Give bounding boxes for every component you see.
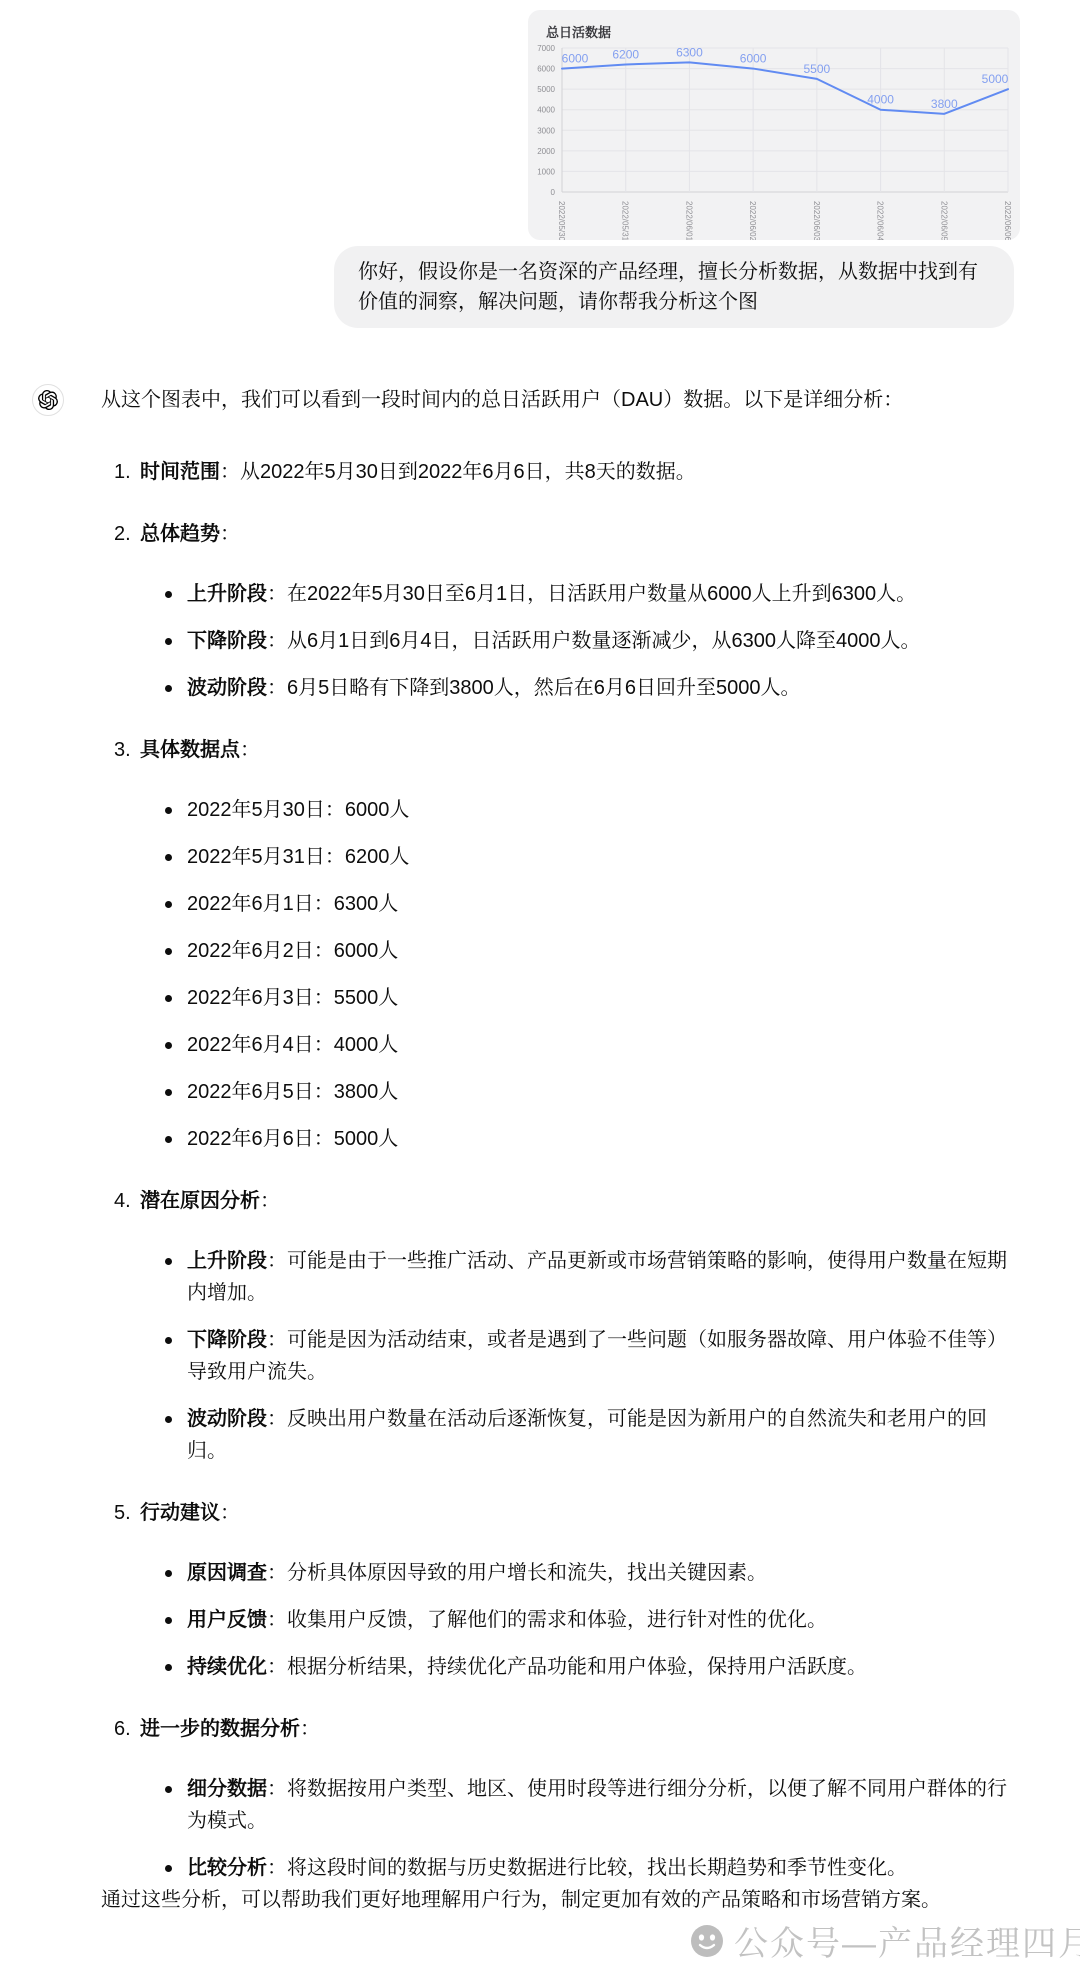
assistant-message: 从这个图表中，我们可以看到一段时间内的总日活跃用户（DAU）数据。以下是详细分析… (32, 384, 1022, 1916)
section-number: 6. (114, 1713, 140, 1745)
svg-text:1000: 1000 (537, 167, 555, 176)
chart-title: 总日活数据 (546, 22, 1012, 40)
bullet-label: 波动阶段 (187, 677, 267, 699)
section-label: 行动建议 (140, 1502, 220, 1524)
bullet-item: 上升阶段：可能是由于一些推广活动、产品更新或市场营销策略的影响，使得用户数量在短… (162, 1245, 1022, 1309)
bullet-item: 原因调查：分析具体原因导致的用户增长和流失，找出关键因素。 (162, 1557, 1022, 1589)
svg-text:2022/06/05: 2022/06/05 (939, 201, 948, 240)
bullet-text: 2022年6月3日：5500人 (187, 987, 398, 1009)
bullet-text: ：收集用户反馈，了解他们的需求和体验，进行针对性的优化。 (267, 1609, 827, 1631)
analysis-section: 1.时间范围：从2022年5月30日到2022年6月6日，共8天的数据。 (114, 456, 1022, 488)
section-label: 潜在原因分析 (140, 1190, 260, 1212)
bullet-label: 细分数据 (187, 1778, 267, 1800)
svg-text:4000: 4000 (867, 93, 894, 107)
section-text: ： (300, 1718, 320, 1740)
user-message-text: 你好，假设你是一名资深的产品经理，擅长分析数据，从数据中找到有价值的洞察，解决问… (358, 261, 978, 313)
assistant-avatar (32, 384, 64, 416)
watermark: 公众号—产品经理四月 (690, 1916, 1080, 1965)
openai-logo-icon (38, 390, 58, 410)
svg-text:3000: 3000 (537, 126, 555, 135)
bullet-text: 2022年6月1日：6300人 (187, 893, 398, 915)
analysis-section: 3.具体数据点：2022年5月30日：6000人2022年5月31日：6200人… (114, 734, 1022, 1155)
bullet-text: ：可能是由于一些推广活动、产品更新或市场营销策略的影响，使得用户数量在短期内增加… (187, 1250, 1007, 1304)
bullet-text: 2022年5月30日：6000人 (187, 799, 409, 821)
svg-text:6000: 6000 (740, 52, 767, 66)
bullet-text: ：将数据按用户类型、地区、使用时段等进行细分分析，以便了解不同用户群体的行为模式… (187, 1778, 1007, 1832)
bullet-item: 波动阶段：6月5日略有下降到3800人，然后在6月6日回升至5000人。 (162, 672, 1022, 704)
svg-text:6200: 6200 (612, 47, 639, 61)
bullet-label: 用户反馈 (187, 1609, 267, 1631)
bullet-text: 2022年5月31日：6200人 (187, 846, 409, 868)
svg-text:6000: 6000 (537, 65, 555, 74)
bullet-item: 持续优化：根据分析结果，持续优化产品功能和用户体验，保持用户活跃度。 (162, 1651, 1022, 1683)
bullet-item: 2022年6月1日：6300人 (162, 888, 1022, 920)
section-number: 4. (114, 1185, 140, 1217)
bullet-item: 比较分析：将这段时间的数据与历史数据进行比较，找出长期趋势和季节性变化。 (162, 1852, 1022, 1884)
bullet-item: 用户反馈：收集用户反馈，了解他们的需求和体验，进行针对性的优化。 (162, 1604, 1022, 1636)
svg-text:5000: 5000 (982, 72, 1009, 86)
dau-line-chart: 010002000300040005000600070002022/05/302… (536, 40, 1012, 240)
analysis-section: 2.总体趋势：上升阶段：在2022年5月30日至6月1日，日活跃用户数量从600… (114, 518, 1022, 704)
section-bullets: 原因调查：分析具体原因导致的用户增长和流失，找出关键因素。用户反馈：收集用户反馈… (114, 1557, 1022, 1683)
section-heading: 4.潜在原因分析： (114, 1185, 1022, 1217)
bullet-item: 2022年6月2日：6000人 (162, 935, 1022, 967)
bullet-text: ：在2022年5月30日至6月1日，日活跃用户数量从6000人上升到6300人。 (267, 583, 916, 605)
svg-text:2022/06/06: 2022/06/06 (1003, 201, 1012, 240)
section-text: ： (220, 523, 240, 545)
bullet-label: 比较分析 (187, 1857, 267, 1879)
bullet-item: 2022年5月30日：6000人 (162, 794, 1022, 826)
section-bullets: 2022年5月30日：6000人2022年5月31日：6200人2022年6月1… (114, 794, 1022, 1155)
svg-text:4000: 4000 (537, 106, 555, 115)
bullet-text: ：从6月1日到6月4日，日活跃用户数量逐渐减少，从6300人降至4000人。 (267, 630, 920, 652)
bullet-item: 波动阶段：反映出用户数量在活动后逐渐恢复，可能是因为新用户的自然流失和老用户的回… (162, 1403, 1022, 1467)
svg-text:2022/06/02: 2022/06/02 (748, 201, 757, 240)
watermark-face-icon (690, 1924, 724, 1958)
bullet-label: 波动阶段 (187, 1408, 267, 1430)
chart-attachment-card[interactable]: 总日活数据 010002000300040005000600070002022/… (528, 10, 1020, 240)
analysis-section: 4.潜在原因分析：上升阶段：可能是由于一些推广活动、产品更新或市场营销策略的影响… (114, 1185, 1022, 1467)
svg-text:7000: 7000 (537, 44, 555, 53)
section-number: 2. (114, 518, 140, 550)
svg-text:2022/06/03: 2022/06/03 (812, 201, 821, 240)
svg-text:6000: 6000 (562, 52, 589, 66)
bullet-label: 下降阶段 (187, 630, 267, 652)
section-heading: 3.具体数据点： (114, 734, 1022, 766)
bullet-item: 上升阶段：在2022年5月30日至6月1日，日活跃用户数量从6000人上升到63… (162, 578, 1022, 610)
bullet-text: 2022年6月2日：6000人 (187, 940, 398, 962)
svg-text:2000: 2000 (537, 147, 555, 156)
bullet-text: 2022年6月6日：5000人 (187, 1128, 398, 1150)
bullet-text: ：6月5日略有下降到3800人，然后在6月6日回升至5000人。 (267, 677, 800, 699)
bullet-text: 2022年6月5日：3800人 (187, 1081, 398, 1103)
bullet-text: ：将这段时间的数据与历史数据进行比较，找出长期趋势和季节性变化。 (267, 1857, 907, 1879)
bullet-item: 2022年5月31日：6200人 (162, 841, 1022, 873)
assistant-content: 从这个图表中，我们可以看到一段时间内的总日活跃用户（DAU）数据。以下是详细分析… (101, 384, 1022, 1916)
bullet-item: 下降阶段：可能是因为活动结束，或者是遇到了一些问题（如服务器故障、用户体验不佳等… (162, 1324, 1022, 1388)
section-label: 总体趋势 (140, 523, 220, 545)
section-text: ： (240, 739, 260, 761)
user-message-bubble: 你好，假设你是一名资深的产品经理，擅长分析数据，从数据中找到有价值的洞察，解决问… (334, 246, 1014, 328)
svg-text:2022/06/04: 2022/06/04 (876, 201, 885, 240)
section-number: 5. (114, 1497, 140, 1529)
section-text: ：从2022年5月30日到2022年6月6日，共8天的数据。 (220, 461, 696, 483)
svg-text:5000: 5000 (537, 85, 555, 94)
svg-text:0: 0 (551, 188, 556, 197)
bullet-label: 持续优化 (187, 1656, 267, 1678)
bullet-text: ：反映出用户数量在活动后逐渐恢复，可能是因为新用户的自然流失和老用户的回归。 (187, 1408, 987, 1462)
analysis-section-list: 1.时间范围：从2022年5月30日到2022年6月6日，共8天的数据。2.总体… (101, 456, 1022, 1884)
watermark-text: 公众号—产品经理四月 (734, 1916, 1080, 1965)
section-bullets: 上升阶段：可能是由于一些推广活动、产品更新或市场营销策略的影响，使得用户数量在短… (114, 1245, 1022, 1467)
bullet-item: 2022年6月3日：5500人 (162, 982, 1022, 1014)
section-number: 1. (114, 456, 140, 488)
section-heading: 1.时间范围：从2022年5月30日到2022年6月6日，共8天的数据。 (114, 456, 1022, 488)
bullet-label: 下降阶段 (187, 1329, 267, 1351)
bullet-item: 2022年6月4日：4000人 (162, 1029, 1022, 1061)
bullet-item: 下降阶段：从6月1日到6月4日，日活跃用户数量逐渐减少，从6300人降至4000… (162, 625, 1022, 657)
svg-text:6300: 6300 (676, 45, 703, 59)
section-bullets: 细分数据：将数据按用户类型、地区、使用时段等进行细分分析，以便了解不同用户群体的… (114, 1773, 1022, 1884)
bullet-text: 2022年6月4日：4000人 (187, 1034, 398, 1056)
bullet-label: 上升阶段 (187, 1250, 267, 1272)
bullet-text: ：分析具体原因导致的用户增长和流失，找出关键因素。 (267, 1562, 767, 1584)
assistant-intro: 从这个图表中，我们可以看到一段时间内的总日活跃用户（DAU）数据。以下是详细分析… (101, 384, 1022, 416)
svg-text:5500: 5500 (804, 62, 831, 76)
section-label: 时间范围 (140, 461, 220, 483)
analysis-section: 6.进一步的数据分析：细分数据：将数据按用户类型、地区、使用时段等进行细分分析，… (114, 1713, 1022, 1884)
svg-text:2022/05/31: 2022/05/31 (621, 201, 630, 240)
section-bullets: 上升阶段：在2022年5月30日至6月1日，日活跃用户数量从6000人上升到63… (114, 578, 1022, 704)
bullet-text: ：可能是因为活动结束，或者是遇到了一些问题（如服务器故障、用户体验不佳等）导致用… (187, 1329, 1007, 1383)
section-text: ： (220, 1502, 240, 1524)
bullet-item: 2022年6月6日：5000人 (162, 1123, 1022, 1155)
svg-text:2022/05/30: 2022/05/30 (557, 201, 566, 240)
bullet-item: 2022年6月5日：3800人 (162, 1076, 1022, 1108)
section-number: 3. (114, 734, 140, 766)
bullet-label: 上升阶段 (187, 583, 267, 605)
svg-text:3800: 3800 (931, 97, 958, 111)
assistant-closing: 通过这些分析，可以帮助我们更好地理解用户行为，制定更加有效的产品策略和市场营销方… (101, 1884, 1022, 1916)
bullet-label: 原因调查 (187, 1562, 267, 1584)
section-heading: 2.总体趋势： (114, 518, 1022, 550)
section-label: 进一步的数据分析 (140, 1718, 300, 1740)
section-text: ： (260, 1190, 280, 1212)
section-heading: 5.行动建议： (114, 1497, 1022, 1529)
section-label: 具体数据点 (140, 739, 240, 761)
bullet-item: 细分数据：将数据按用户类型、地区、使用时段等进行细分分析，以便了解不同用户群体的… (162, 1773, 1022, 1837)
bullet-text: ：根据分析结果，持续优化产品功能和用户体验，保持用户活跃度。 (267, 1656, 867, 1678)
analysis-section: 5.行动建议：原因调查：分析具体原因导致的用户增长和流失，找出关键因素。用户反馈… (114, 1497, 1022, 1683)
svg-text:2022/06/01: 2022/06/01 (684, 201, 693, 240)
section-heading: 6.进一步的数据分析： (114, 1713, 1022, 1745)
